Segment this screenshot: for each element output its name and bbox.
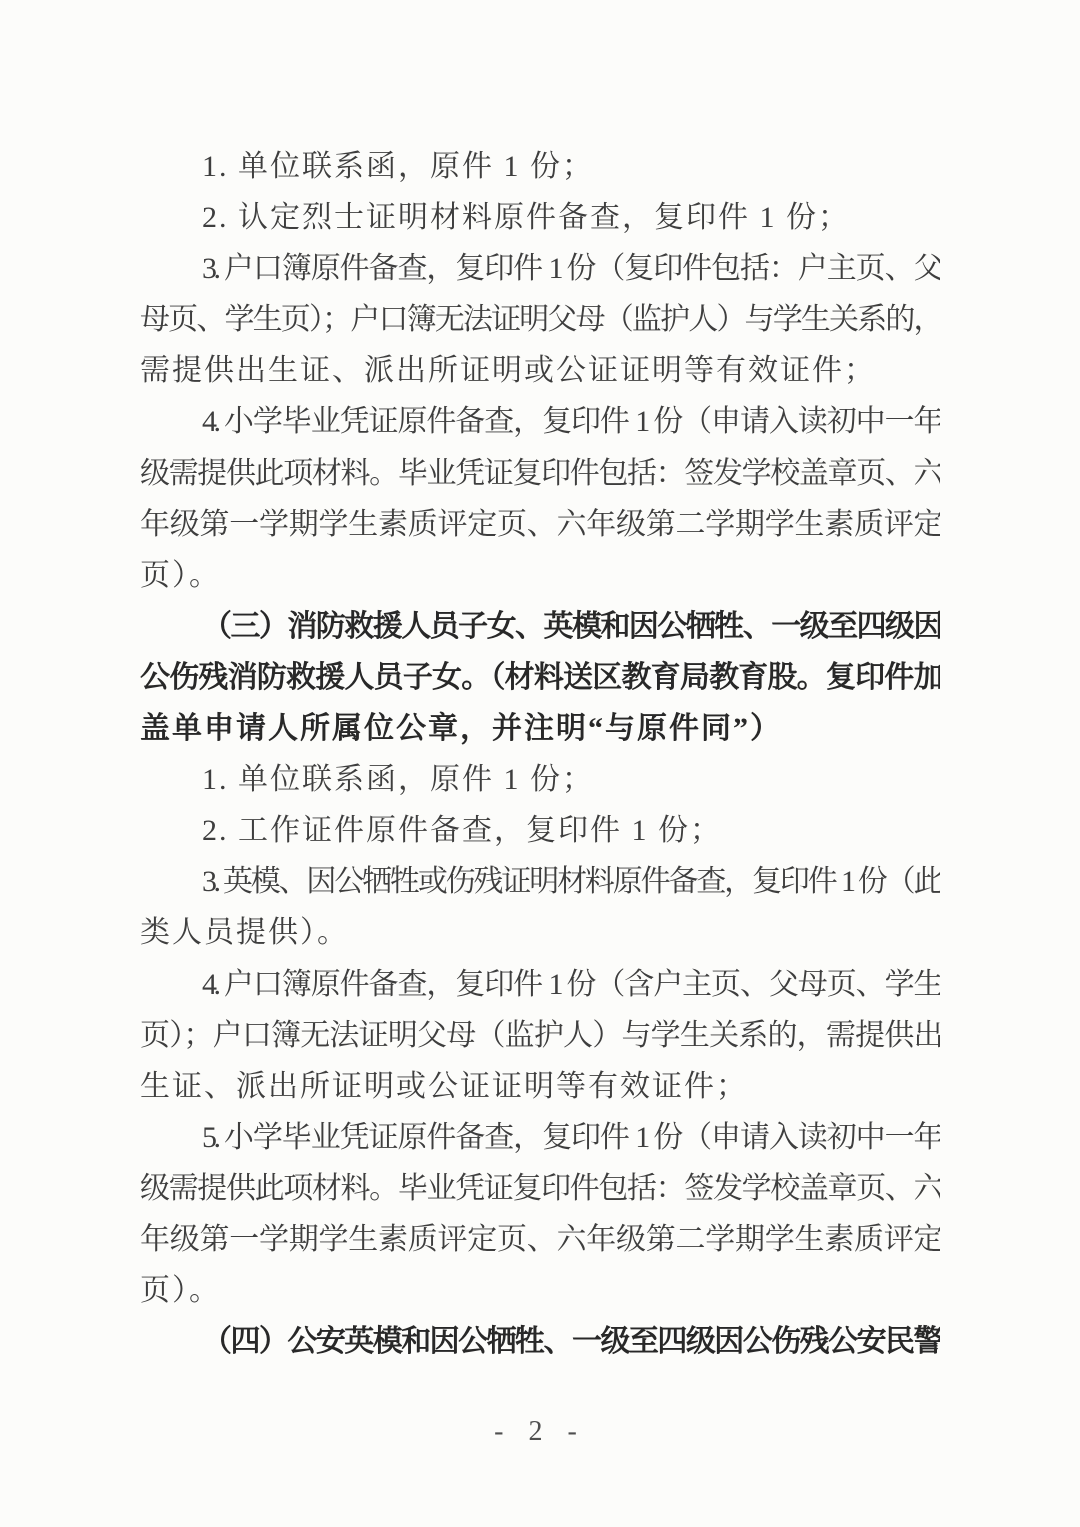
text-line: 盖单申请人所属位公章，并注明“与原件同”） xyxy=(140,703,940,754)
text-line: 页）。 xyxy=(140,550,940,601)
document-page: 1. 单位联系函，原件 1 份；2. 认定烈士证明材料原件备查，复印件 1 份；… xyxy=(0,0,1080,1527)
text-line: 公伤残消防救援人员子女。（材料送区教育局教育股。复印件加 xyxy=(140,652,940,703)
text-line: 需提供出生证、派出所证明或公证证明等有效证件； xyxy=(140,345,940,396)
text-line: 生证、派出所证明或公证证明等有效证件； xyxy=(140,1061,940,1112)
text-line: 4. 小学毕业凭证原件备查，复印件 1 份（申请入读初中一年 xyxy=(140,396,940,447)
text-line: 3. 英模、因公牺牲或伤残证明材料原件备查，复印件 1 份（此 xyxy=(140,856,940,907)
text-line: 4. 户口簿原件备查，复印件 1 份（含户主页、父母页、学生 xyxy=(140,959,940,1010)
text-line: 年级第一学期学生素质评定页、六年级第二学期学生素质评定 xyxy=(140,499,940,550)
page-number: - 2 - xyxy=(0,1412,1080,1452)
text-line: 页）。 xyxy=(140,1265,940,1316)
text-line: 1. 单位联系函，原件 1 份； xyxy=(140,754,940,805)
text-line: 2. 认定烈士证明材料原件备查，复印件 1 份； xyxy=(140,192,940,243)
text-line: 5. 小学毕业凭证原件备查，复印件 1 份（申请入读初中一年 xyxy=(140,1112,940,1163)
text-line: 年级第一学期学生素质评定页、六年级第二学期学生素质评定 xyxy=(140,1214,940,1265)
text-line: 2. 工作证件原件备查，复印件 1 份； xyxy=(140,805,940,856)
text-line: 母页、学生页）；户口簿无法证明父母（监护人）与学生关系的， xyxy=(140,294,940,345)
document-body: 1. 单位联系函，原件 1 份；2. 认定烈士证明材料原件备查，复印件 1 份；… xyxy=(140,141,940,1367)
text-line: 级需提供此项材料。毕业凭证复印件包括：签发学校盖章页、六 xyxy=(140,1163,940,1214)
text-line: 类人员提供）。 xyxy=(140,907,940,958)
text-line: （三）消防救援人员子女、英模和因公牺牲、一级至四级因 xyxy=(140,601,940,652)
text-line: （四）公安英模和因公牺牲、一级至四级因公伤残公安民警 xyxy=(140,1316,940,1367)
text-line: 3. 户口簿原件备查，复印件 1 份（复印件包括：户主页、父 xyxy=(140,243,940,294)
text-line: 1. 单位联系函，原件 1 份； xyxy=(140,141,940,192)
text-line: 页）；户口簿无法证明父母（监护人）与学生关系的，需提供出 xyxy=(140,1010,940,1061)
text-line: 级需提供此项材料。毕业凭证复印件包括：签发学校盖章页、六 xyxy=(140,448,940,499)
